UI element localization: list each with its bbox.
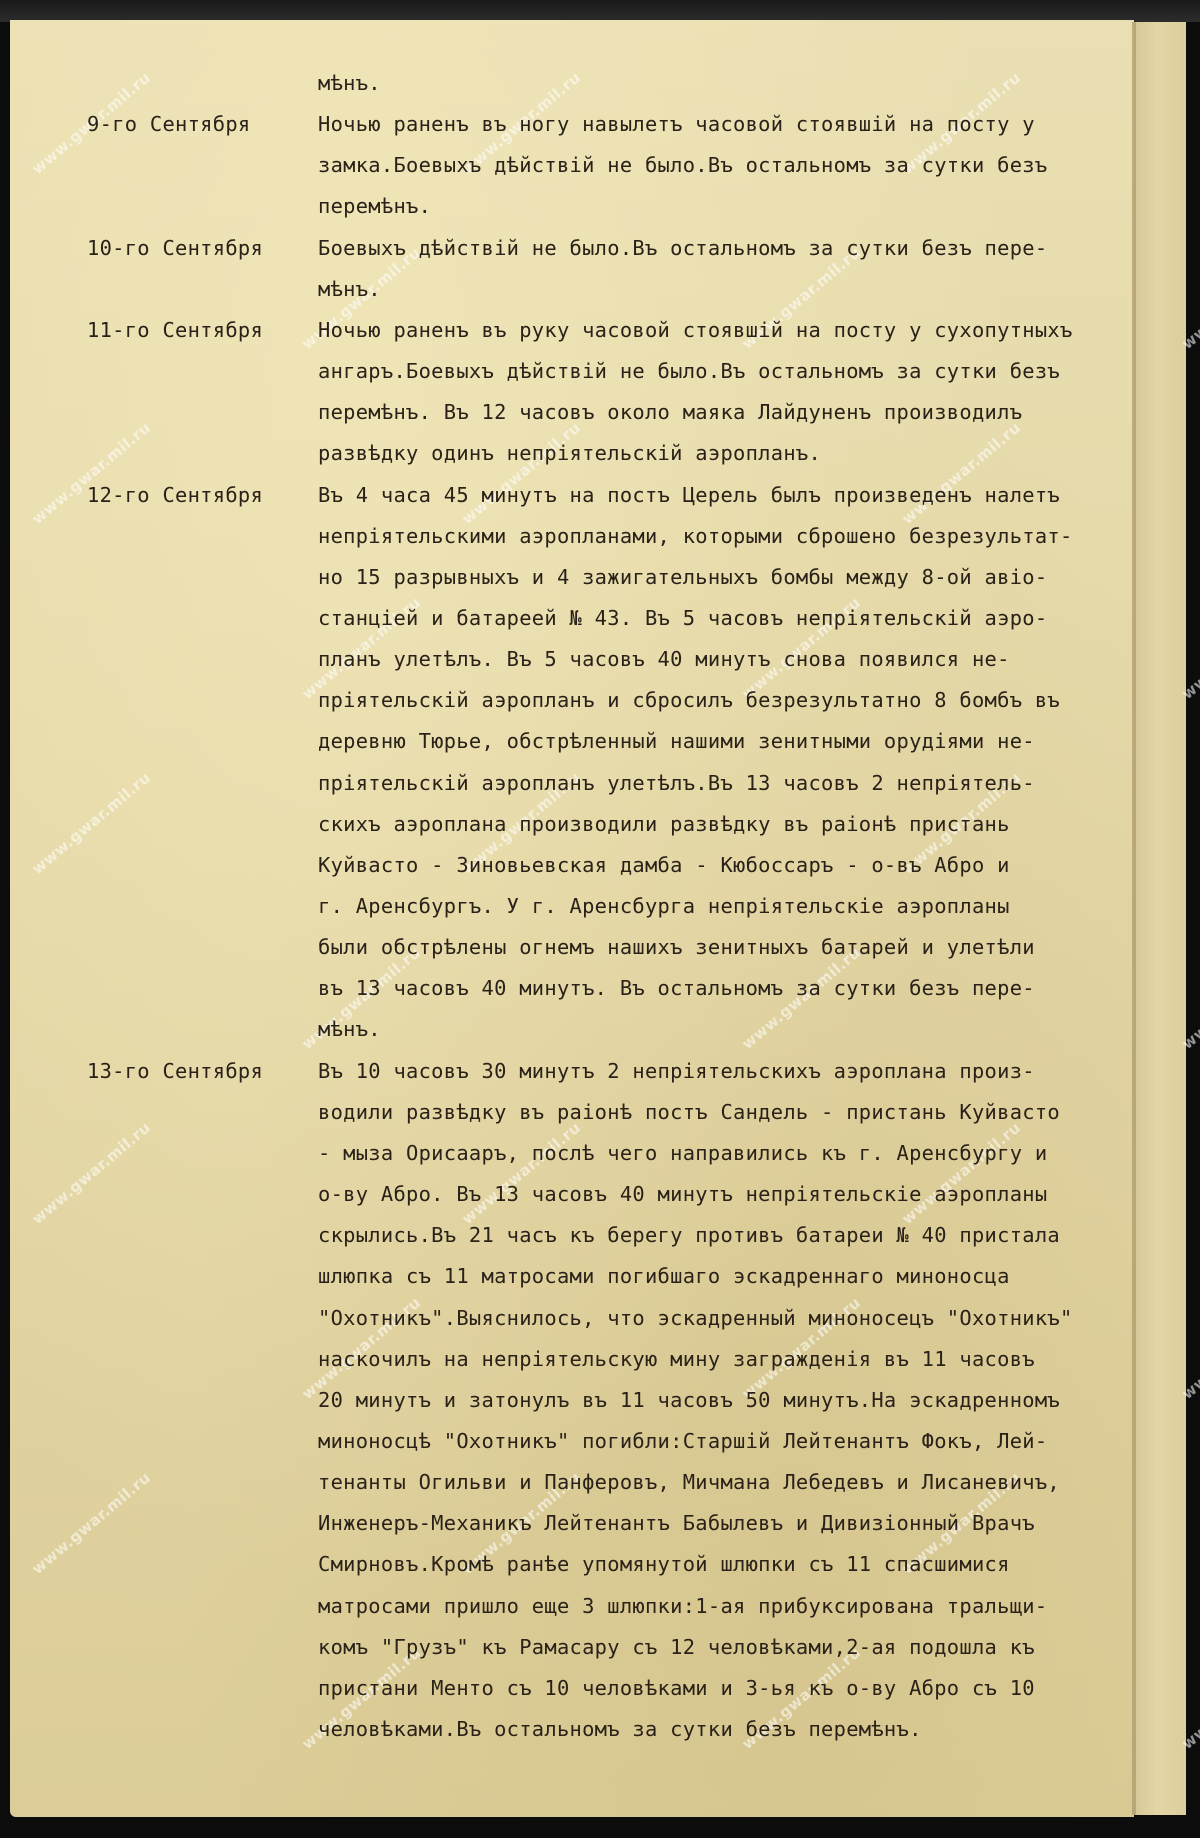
entry-text-line: скихъ аэроплана производили развѣдку въ … [318, 809, 1010, 839]
entry-text-line: мѣнъ. [318, 1014, 381, 1044]
entry-text-line: тенанты Огильви и Панферовъ, Мичмана Леб… [318, 1467, 1060, 1497]
entry-date: 11-го Сентября [87, 315, 263, 345]
entry-date: 10-го Сентября [87, 233, 263, 263]
entry-text-line: - мыза Орисааръ, послѣ чего направились … [318, 1138, 1047, 1168]
adjacent-page-edge [1134, 22, 1186, 1815]
entry-text-line: "Охотникъ".Выяснилось, что эскадренный м… [318, 1303, 1073, 1333]
entry-text-line: мѣнъ. [318, 68, 381, 98]
entry-text-line: ангаръ.Боевыхъ дѣйствiй не было.Въ остал… [318, 356, 1060, 386]
entry-text-line: пристани Менто съ 10 человѣками и 3-ья к… [318, 1673, 1035, 1703]
entry-text-line: комъ "Грузъ" къ Рамасару съ 12 человѣкам… [318, 1632, 1035, 1662]
entry-text-line: матросами пришло еще 3 шлюпки:1-ая прибу… [318, 1591, 1047, 1621]
entry-text-line: наскочилъ на непрiятельскую мину загражд… [318, 1344, 1035, 1374]
entry-text-line: прiятельскiй аэропланъ улетѣлъ.Въ 13 час… [318, 768, 1035, 798]
entry-text-line: планъ улетѣлъ. Въ 5 часовъ 40 минутъ сно… [318, 644, 1010, 674]
entry-text-line: станцiей и батареей № 43. Въ 5 часовъ не… [318, 603, 1047, 633]
entry-text-line: человѣками.Въ остальномъ за сутки безъ п… [318, 1714, 922, 1744]
entry-text-line: скрылись.Въ 21 часъ къ берегу противъ ба… [318, 1220, 1060, 1250]
entry-text-line: были обстрѣлены огнемъ нашихъ зенитныхъ … [318, 932, 1035, 962]
entry-text-line: Боевыхъ дѣйствiй не было.Въ остальномъ з… [318, 233, 1047, 263]
page-fold-line [1132, 22, 1134, 1815]
entry-text-line: мѣнъ. [318, 274, 381, 304]
entry-text-line: но 15 разрывныхъ и 4 зажигательныхъ бомб… [318, 562, 1047, 592]
entry-text-line: Куйвасто - Зиновьевская дамба - Кюбоссар… [318, 850, 1010, 880]
entry-text-line: г. Аренсбургъ. У г. Аренсбурга непрiятел… [318, 891, 1010, 921]
entry-text-line: Смирновъ.Кромѣ ранѣе упомянутой шлюпки с… [318, 1549, 1010, 1579]
entry-text-line: Ночью раненъ въ ногу навылетъ часовой ст… [318, 109, 1035, 139]
entry-text-line: Въ 10 часовъ 30 минутъ 2 непрiятельскихъ… [318, 1056, 1035, 1086]
entry-text-line: Ночью раненъ въ руку часовой стоявшiй на… [318, 315, 1073, 345]
entry-text-line: прiятельскiй аэропланъ и сбросилъ безрез… [318, 685, 1060, 715]
entry-date: 12-го Сентября [87, 480, 263, 510]
entry-text-line: въ 13 часовъ 40 минутъ. Въ остальномъ за… [318, 973, 1035, 1003]
scan-top-border [0, 0, 1200, 22]
entry-date: 9-го Сентября [87, 109, 251, 139]
entry-text-line: Въ 4 часа 45 минутъ на постъ Церель былъ… [318, 480, 1060, 510]
entry-text-line: 20 минутъ и затонулъ въ 11 часовъ 50 мин… [318, 1385, 1060, 1415]
entry-text-line: о-ву Абро. Въ 13 часовъ 40 минутъ непрiя… [318, 1179, 1047, 1209]
entry-date: 13-го Сентября [87, 1056, 263, 1086]
entry-text-line: водили развѣдку въ раiонѣ постъ Сандель … [318, 1097, 1060, 1127]
entry-text-line: миноносцѣ "Охотникъ" погибли:Старшiй Лей… [318, 1426, 1047, 1456]
entry-text-line: шлюпка съ 11 матросами погибшаго эскадре… [318, 1261, 1010, 1291]
entry-text-line: перемѣнъ. [318, 191, 431, 221]
entry-text-line: перемѣнъ. Въ 12 часовъ около маяка Лайду… [318, 397, 1022, 427]
entry-text-line: деревню Тюрье, обстрѣленный нашими зенит… [318, 726, 1035, 756]
entry-text-line: непрiятельскими аэропланами, которыми сб… [318, 521, 1073, 551]
entry-text-line: замка.Боевыхъ дѣйствiй не было.Въ осталь… [318, 150, 1047, 180]
entry-text-line: развѣдку одинъ непрiятельскiй аэропланъ. [318, 438, 821, 468]
entry-text-line: Инженеръ-Механикъ Лейтенантъ Бабылевъ и … [318, 1508, 1035, 1538]
